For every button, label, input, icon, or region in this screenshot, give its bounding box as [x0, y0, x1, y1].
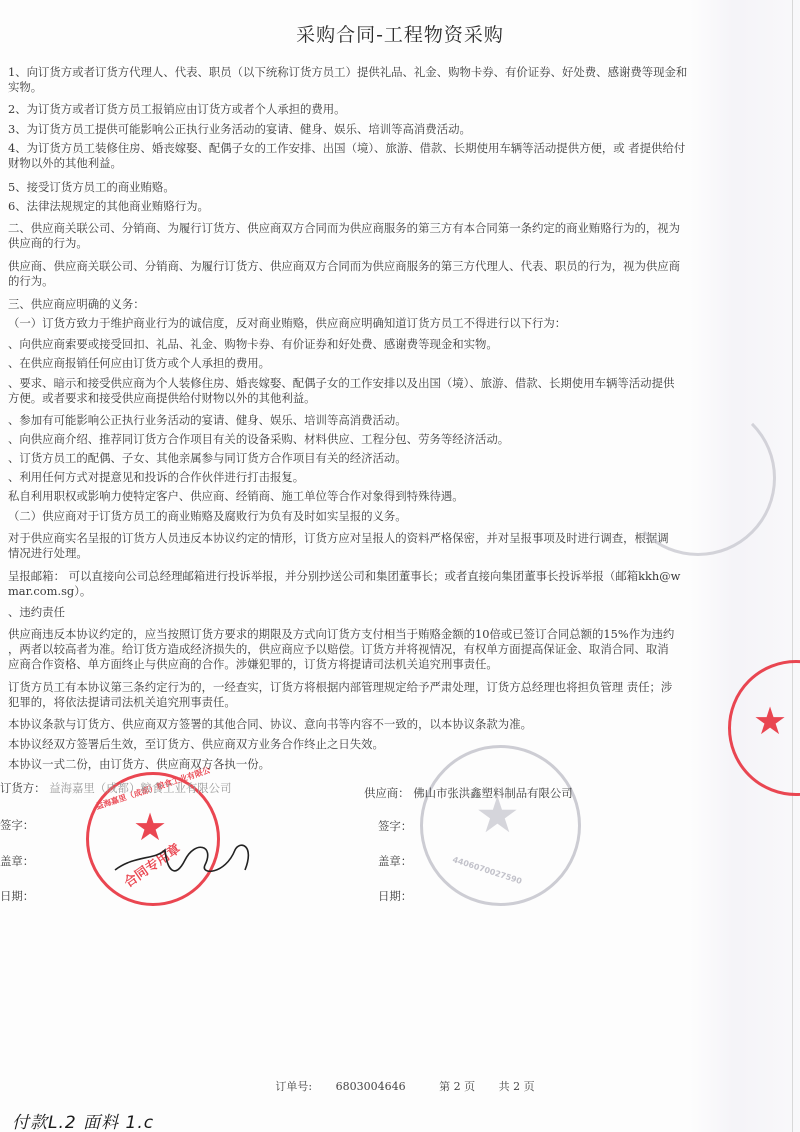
- document-line: ，两者以较高者为准。给订货方造成经济损失的，供应商应予以赔偿。订货方并将视情况，…: [8, 642, 669, 657]
- right-edge-gray-stamp: [620, 400, 776, 556]
- document-line: 供应商、供应商关联公司、分销商、为履行订货方、供应商双方合同而为供应商服务的第三…: [8, 259, 680, 274]
- page-number: 第 2 页: [439, 1080, 475, 1093]
- document-line: 6、法律法规规定的其他商业贿赂行为。: [8, 199, 209, 214]
- document-line: 、在供应商报销任何应由订货方或个人承担的费用。: [8, 356, 270, 371]
- document-line: 、违约责任: [8, 605, 65, 620]
- page-edge: [792, 0, 793, 1132]
- supplier-label-text: 供应商：: [364, 786, 410, 800]
- document-line: 本协议一式二份，由订货方、供应商双方各执一份。: [8, 757, 270, 772]
- buyer-seal-label: 盖章：: [0, 853, 34, 869]
- document-line: 私自利用职权或影响力使特定客户、供应商、经销商、施工单位等合作对象得到特殊待遇。: [8, 489, 464, 504]
- document-line: 本协议经双方签署后生效，至订货方、供应商双方业务合作终止之日失效。: [8, 737, 384, 752]
- buyer-name: 益海嘉里（成都）粮食工业有限公司: [49, 781, 231, 795]
- document-line: 订货方员工有本协议第三条约定行为的，一经查实，订货方将根据内部管理规定给予严肃处…: [8, 680, 672, 695]
- document-line: 实物。: [8, 80, 42, 95]
- document-line: 二、供应商关联公司、分销商、为履行订货方、供应商双方合同而为供应商服务的第三方有…: [8, 221, 680, 236]
- document-line: （一）订货方致力于维护商业行为的诚信度，反对商业贿赂，供应商应明确知道订货方员工…: [8, 316, 566, 331]
- supplier-seal-label: 盖章：: [378, 853, 412, 869]
- document-line: 1、向订货方或者订货方代理人、代表、职员（以下统称订货方员工）提供礼品、礼金、购…: [8, 65, 687, 80]
- handwritten-signature: [105, 830, 265, 890]
- document-line: 犯罪的，将依法提请司法机关追究刑事责任。: [8, 695, 236, 710]
- stamp-number: 4406070027590: [451, 855, 523, 886]
- document-line: 情况进行处理。: [8, 546, 88, 561]
- document-line: mar.com.sg）。: [8, 584, 91, 599]
- order-number: 订单号: 6803004646: [265, 1080, 419, 1093]
- handwritten-note: 付款L.2 面料 1.c: [12, 1108, 154, 1132]
- document-line: 的行为。: [8, 274, 54, 289]
- document-line: 、向供应商索要或接受回扣、礼品、礼金、购物卡券、有价证券和好处费、感谢费等现金和…: [8, 337, 498, 352]
- buyer-date-label: 日期：: [0, 888, 34, 904]
- page-footer: 订单号: 6803004646 第 2 页 共 2 页: [0, 1078, 800, 1094]
- document-line: 、订货方员工的配偶、子女、其他亲属参与同订货方合作项目有关的经济活动。: [8, 451, 407, 466]
- document-title: 采购合同-工程物资采购: [0, 20, 800, 47]
- buyer-label: 订货方： 益海嘉里（成都）粮食工业有限公司: [0, 780, 231, 796]
- supplier-date-label: 日期：: [378, 888, 412, 904]
- document-line: 4、为订货方员工装修住房、婚丧嫁娶、配偶子女的工作安排、出国（境）、旅游、借款、…: [8, 141, 685, 156]
- document-line: 方便。或者要求和接受供应商提供给付财物以外的其他利益。: [8, 391, 316, 406]
- document-line: 应商合作资格、单方面终止与供应商的合作。涉嫌犯罪的，订货方将提请司法机关追究刑事…: [8, 657, 498, 672]
- document-line: 三、供应商应明确的义务：: [8, 297, 145, 312]
- document-line: 、向供应商介绍、推荐同订货方合作项目有关的设备采购、材料供应、工程分包、劳务等经…: [8, 432, 509, 447]
- document-line: 对于供应商实名呈报的订货方人员违反本协议约定的情形，订货方应对呈报人的资料严格保…: [8, 531, 669, 546]
- document-line: （二）供应商对于订货方员工的商业贿赂及腐败行为负有及时如实呈报的义务。: [8, 509, 407, 524]
- contract-page: 采购合同-工程物资采购 1、向订货方或者订货方代理人、代表、职员（以下统称订货方…: [0, 0, 800, 1132]
- document-line: 、参加有可能影响公正执行业务活动的宴请、健身、娱乐、培训等高消费活动。: [8, 413, 407, 428]
- supplier-stamp: ★ 4406070027590: [420, 745, 581, 906]
- document-line: 、要求、暗示和接受供应商为个人装修住房、婚丧嫁娶、配偶子女的工作安排以及出国（境…: [8, 376, 674, 391]
- order-label: 订单号:: [275, 1080, 312, 1093]
- buyer-label-text: 订货方：: [0, 781, 46, 795]
- document-line: 供应商违反本协议约定的，应当按照订货方要求的期限及方式向订货方支付相当于贿赂金额…: [8, 627, 674, 642]
- scan-shadow: [690, 0, 800, 1132]
- document-line: 供应商的行为。: [8, 236, 88, 251]
- star-icon: ★: [753, 699, 787, 743]
- document-line: 3、为订货方员工提供可能影响公正执行业务活动的宴请、健身、娱乐、培训等高消费活动…: [8, 122, 471, 137]
- supplier-name: 佛山市张洪鑫塑料制品有限公司: [413, 786, 572, 800]
- document-line: 呈报邮箱： 可以直接向公司总经理邮箱进行投诉举报，并分别抄送公司和集团董事长；或…: [8, 569, 680, 584]
- supplier-label: 供应商： 佛山市张洪鑫塑料制品有限公司: [364, 785, 573, 801]
- document-line: 、利用任何方式对提意见和投诉的合作伙伴进行打击报复。: [8, 470, 304, 485]
- document-line: 财物以外的其他利益。: [8, 156, 122, 171]
- document-line: 5、接受订货方员工的商业贿赂。: [8, 180, 175, 195]
- supplier-sign-label: 签字：: [378, 818, 412, 834]
- document-line: 2、为订货方或者订货方员工报销应由订货方或者个人承担的费用。: [8, 102, 346, 117]
- total-pages: 共 2 页: [499, 1080, 535, 1093]
- order-number-value: 6803004646: [336, 1080, 406, 1093]
- buyer-sign-label: 签字：: [0, 817, 34, 833]
- document-line: 本协议条款与订货方、供应商双方签署的其他合同、协议、意向书等内容不一致的，以本协…: [8, 717, 532, 732]
